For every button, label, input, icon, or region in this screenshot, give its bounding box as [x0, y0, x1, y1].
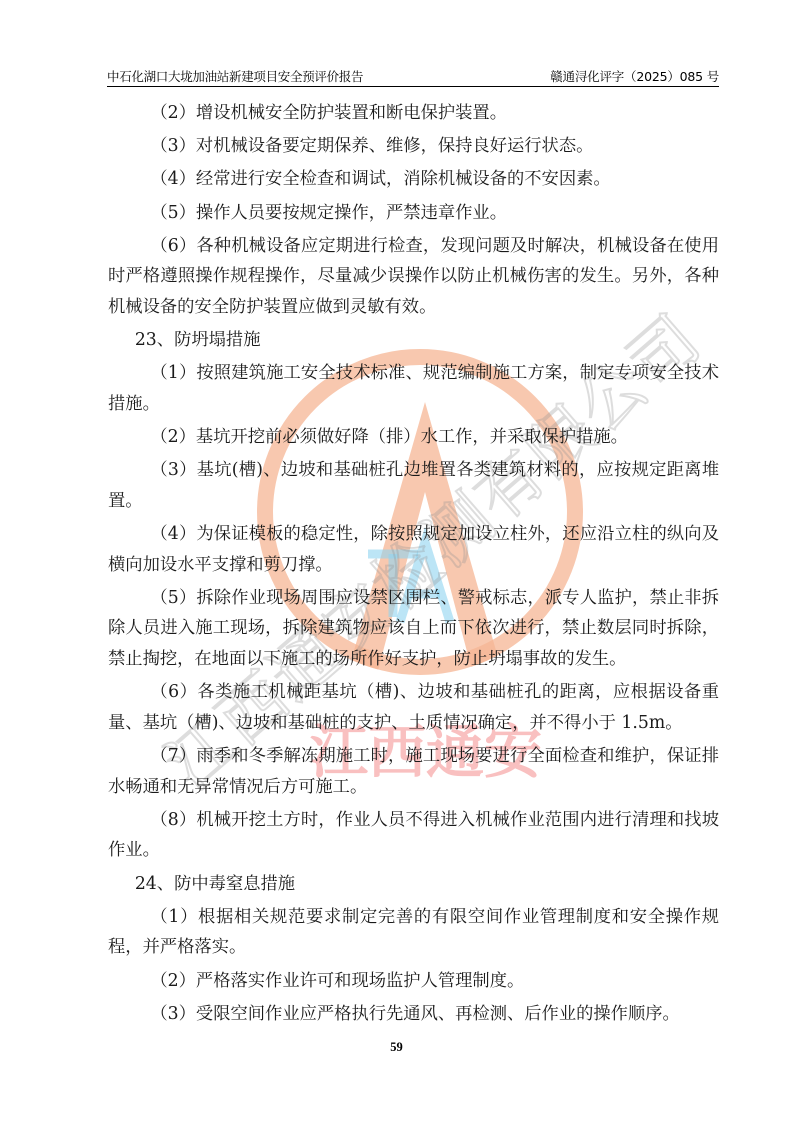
paragraph: （6）各种机械设备应定期进行检查，发现问题及时解决，机械设备在使用时严格遵照操作…	[108, 231, 719, 323]
paragraph: （3）受限空间作业应严格执行先通风、再检测、后作业的操作顺序。	[108, 999, 719, 1030]
paragraph: （3）基坑(槽)、边坡和基础桩孔边堆置各类建筑材料的，应按规定距离堆置。	[108, 455, 719, 516]
paragraph: （6）各类施工机械距基坑（槽)、边坡和基础桩孔的距离，应根据设备重量、基坑（槽)…	[108, 677, 719, 738]
paragraph: （3）对机械设备要定期保养、维修，保持良好运行状态。	[108, 131, 719, 162]
document-page: 中石化湖口大垅加油站新建项目安全预评价报告 赣通浔化评字（2025）085 号 …	[0, 0, 793, 1122]
paragraph: （2）增设机械安全防护装置和断电保护装置。	[108, 98, 719, 129]
document-body: （2）增设机械安全防护装置和断电保护装置。 （3）对机械设备要定期保养、维修，保…	[108, 98, 719, 1032]
paragraph: （1）根据相关规范要求制定完善的有限空间作业管理制度和安全操作规程，并严格落实。	[108, 902, 719, 963]
section-heading: 23、防坍塌措施	[108, 325, 719, 356]
paragraph: （5）拆除作业现场周围应设禁区围栏、警戒标志，派专人监护，禁止非拆除人员进入施工…	[108, 583, 719, 675]
paragraph: （1）按照建筑施工安全技术标准、规范编制施工方案，制定专项安全技术措施。	[108, 358, 719, 419]
header-document-number: 赣通浔化评字（2025）085 号	[550, 67, 719, 85]
paragraph: （4）为保证模板的稳定性，除按照规定加设立柱外，还应沿立柱的纵向及横向加设水平支…	[108, 519, 719, 580]
page-number: 59	[0, 1040, 793, 1055]
running-header: 中石化湖口大垅加油站新建项目安全预评价报告 赣通浔化评字（2025）085 号	[107, 66, 719, 87]
section-heading: 24、防中毒窒息措施	[108, 869, 719, 900]
paragraph: （2）基坑开挖前必须做好降（排）水工作，并采取保护措施。	[108, 422, 719, 453]
header-report-title: 中石化湖口大垅加油站新建项目安全预评价报告	[107, 67, 363, 85]
paragraph: （4）经常进行安全检查和调试，消除机械设备的不安因素。	[108, 164, 719, 195]
paragraph: （2）严格落实作业许可和现场监护人管理制度。	[108, 966, 719, 997]
paragraph: （7）雨季和冬季解冻期施工时，施工现场要进行全面检查和维护，保证排水畅通和无异常…	[108, 741, 719, 802]
paragraph: （8）机械开挖土方时，作业人员不得进入机械作业范围内进行清理和找坡作业。	[108, 805, 719, 866]
paragraph: （5）操作人员要按规定操作，严禁违章作业。	[108, 198, 719, 229]
